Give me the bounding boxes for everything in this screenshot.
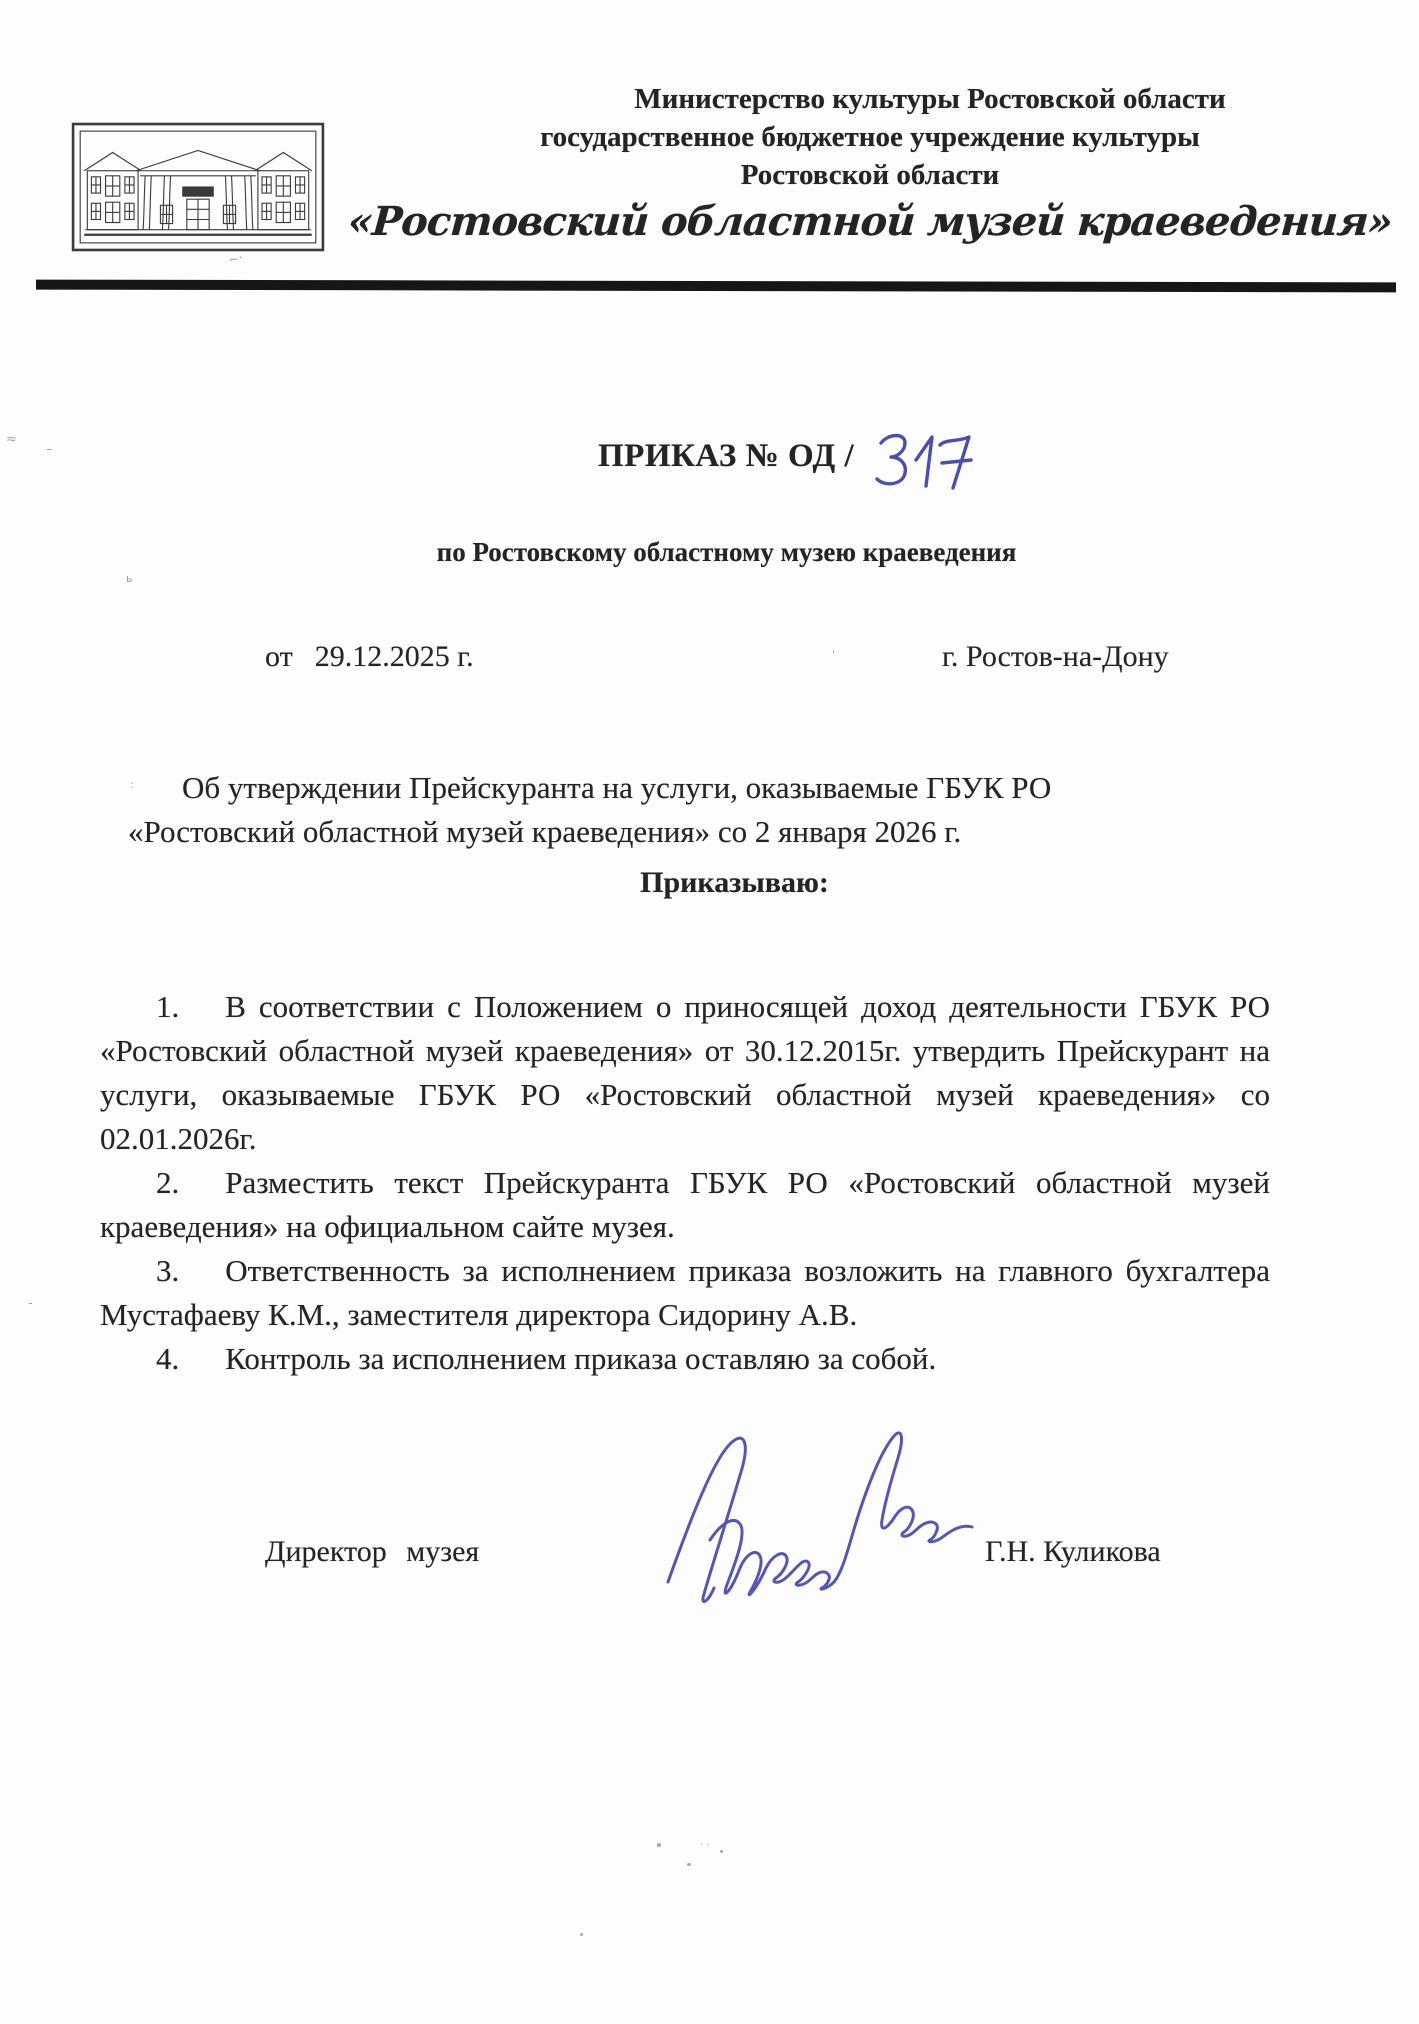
item-number: 3. (156, 1253, 179, 1288)
directive-heading: Приказываю: (25, 866, 1419, 900)
item-text: В соответствии с Положением о приносящей… (100, 989, 1270, 1156)
scan-artifact: ь (126, 572, 132, 585)
date-label: от (265, 640, 293, 673)
museum-building-emblem-icon (70, 122, 326, 252)
ministry-line: Министерство культуры Ростовской области (390, 80, 1419, 118)
handwritten-order-number: 317 (868, 430, 980, 492)
signatory-name: Г.Н. Куликова (985, 1535, 1161, 1569)
order-item-1: 1.В соответствии с Положением о приносящ… (100, 985, 1270, 1161)
order-city: г. Ростов-на-Дону (942, 640, 1169, 674)
order-subject: Об утверждении Прейскуранта на услуги, о… (128, 766, 1168, 854)
director-position-label: Директор музея (265, 1535, 479, 1569)
order-subtitle: по Ростовскому областному музею краеведе… (17, 537, 1419, 568)
scan-artifact: ~· (227, 251, 245, 269)
order-item-3: 3.Ответственность за исполнением приказа… (100, 1249, 1270, 1337)
order-item-4: 4.Контроль за исполнением приказа оставл… (100, 1337, 1270, 1381)
scan-artifact: - (28, 1296, 33, 1311)
scan-artifact (580, 1933, 583, 1936)
header-divider (36, 280, 1396, 293)
scan-artifact: – (46, 442, 53, 457)
date-value: 29.12.2025 г. (315, 640, 474, 673)
institution-line: государственное бюджетное учреждение кул… (330, 118, 1410, 156)
item-number: 4. (156, 1341, 179, 1376)
scan-artifact: ' (832, 648, 835, 661)
item-text: Разместить текст Прейскуранта ГБУК РО «Р… (100, 1165, 1270, 1244)
scan-artifact: : (130, 778, 134, 791)
order-item-2: 2.Разместить текст Прейскуранта ГБУК РО … (100, 1161, 1270, 1249)
scan-artifact (687, 1863, 691, 1866)
letterhead: Министерство культуры Ростовской области… (330, 80, 1410, 246)
region-line: Ростовской области (330, 156, 1410, 194)
item-number: 2. (156, 1165, 179, 1200)
order-items: 1.В соответствии с Положением о приносящ… (100, 985, 1270, 1381)
scan-artifact: · · (700, 1840, 710, 1851)
handwritten-signature-icon (652, 1412, 988, 1608)
scan-artifact (657, 1843, 661, 1847)
item-number: 1. (156, 989, 179, 1024)
scanned-order-document: Министерство культуры Ростовской области… (0, 0, 1419, 2024)
item-text: Ответственность за исполнением приказа в… (100, 1253, 1270, 1332)
order-title: ПРИКАЗ № ОД / 317 (598, 438, 980, 492)
item-text: Контроль за исполнением приказа оставляю… (225, 1341, 936, 1376)
order-date: от29.12.2025 г. (265, 640, 474, 674)
museum-name: «Ростовский областной музей краеведения» (328, 198, 1411, 246)
scan-artifact: ≈ (6, 432, 17, 447)
scan-artifact (720, 1850, 723, 1853)
order-title-prefix: ПРИКАЗ № ОД / (598, 438, 854, 475)
